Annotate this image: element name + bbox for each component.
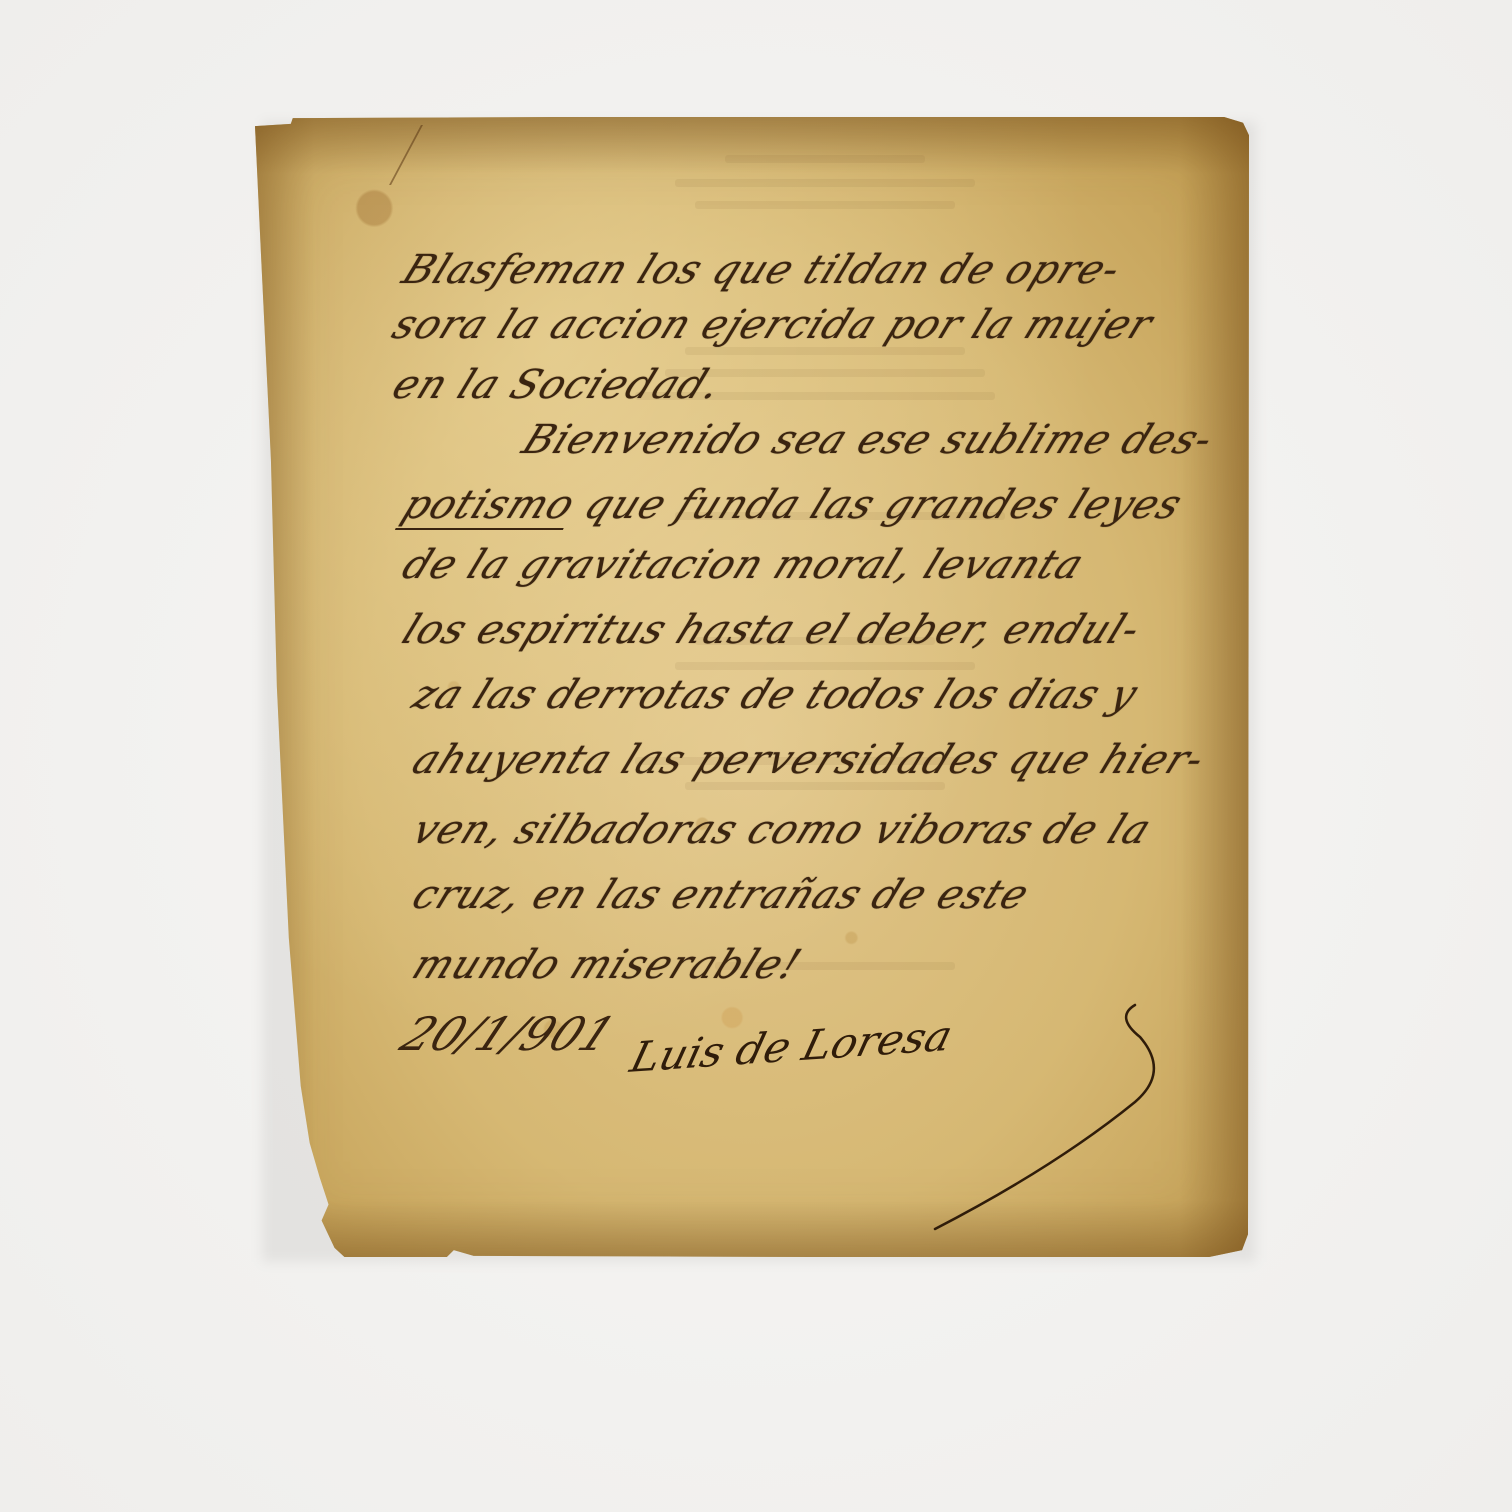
signature-flourish-icon [255, 117, 1249, 1257]
aged-paper-sheet: Blasfeman los que tildan de opre- sora l… [255, 117, 1249, 1257]
photo-backdrop: Blasfeman los que tildan de opre- sora l… [0, 0, 1512, 1512]
handwritten-text: Blasfeman los que tildan de opre- sora l… [255, 117, 1249, 1257]
